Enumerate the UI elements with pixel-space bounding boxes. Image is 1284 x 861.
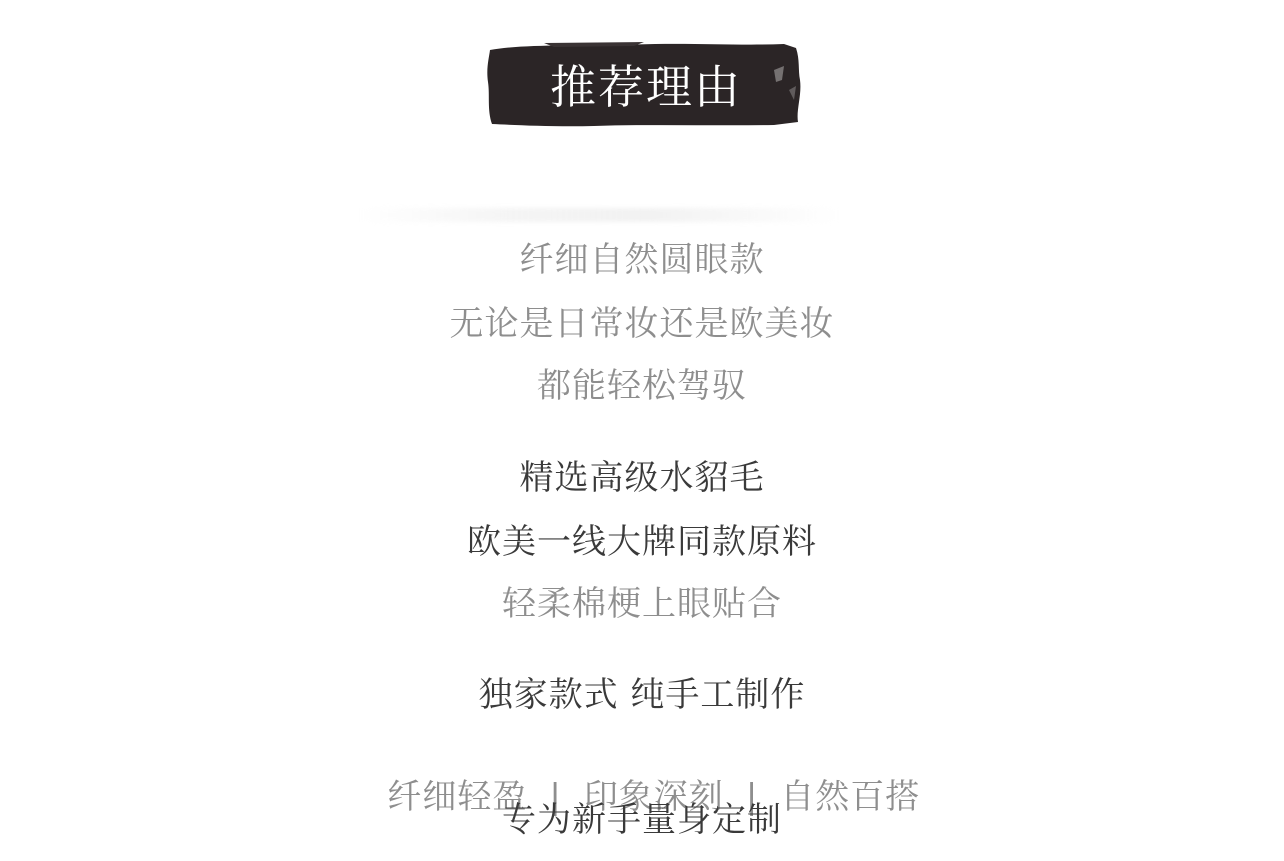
section-3-line-1: 独家款式 纯手工制作 xyxy=(0,675,1284,715)
section-2-line-1: 精选高级水貂毛 xyxy=(0,458,1284,498)
section-1-line-2: 无论是日常妆还是欧美妆 xyxy=(0,304,1284,344)
section-1-line-1: 纤细自然圆眼款 xyxy=(0,240,1284,280)
section-2-line-2: 欧美一线大牌同款原料 xyxy=(0,522,1284,562)
decorative-stripe xyxy=(360,208,840,222)
section-3-line-3: 专为新手量身定制 xyxy=(0,800,1284,840)
banner-title: 推荐理由 xyxy=(484,40,802,128)
section-2-line-3: 轻柔棉梗上眼贴合 xyxy=(0,584,1284,624)
section-1-line-3: 都能轻松驾驭 xyxy=(0,366,1284,406)
title-banner: 推荐理由 xyxy=(484,40,802,128)
